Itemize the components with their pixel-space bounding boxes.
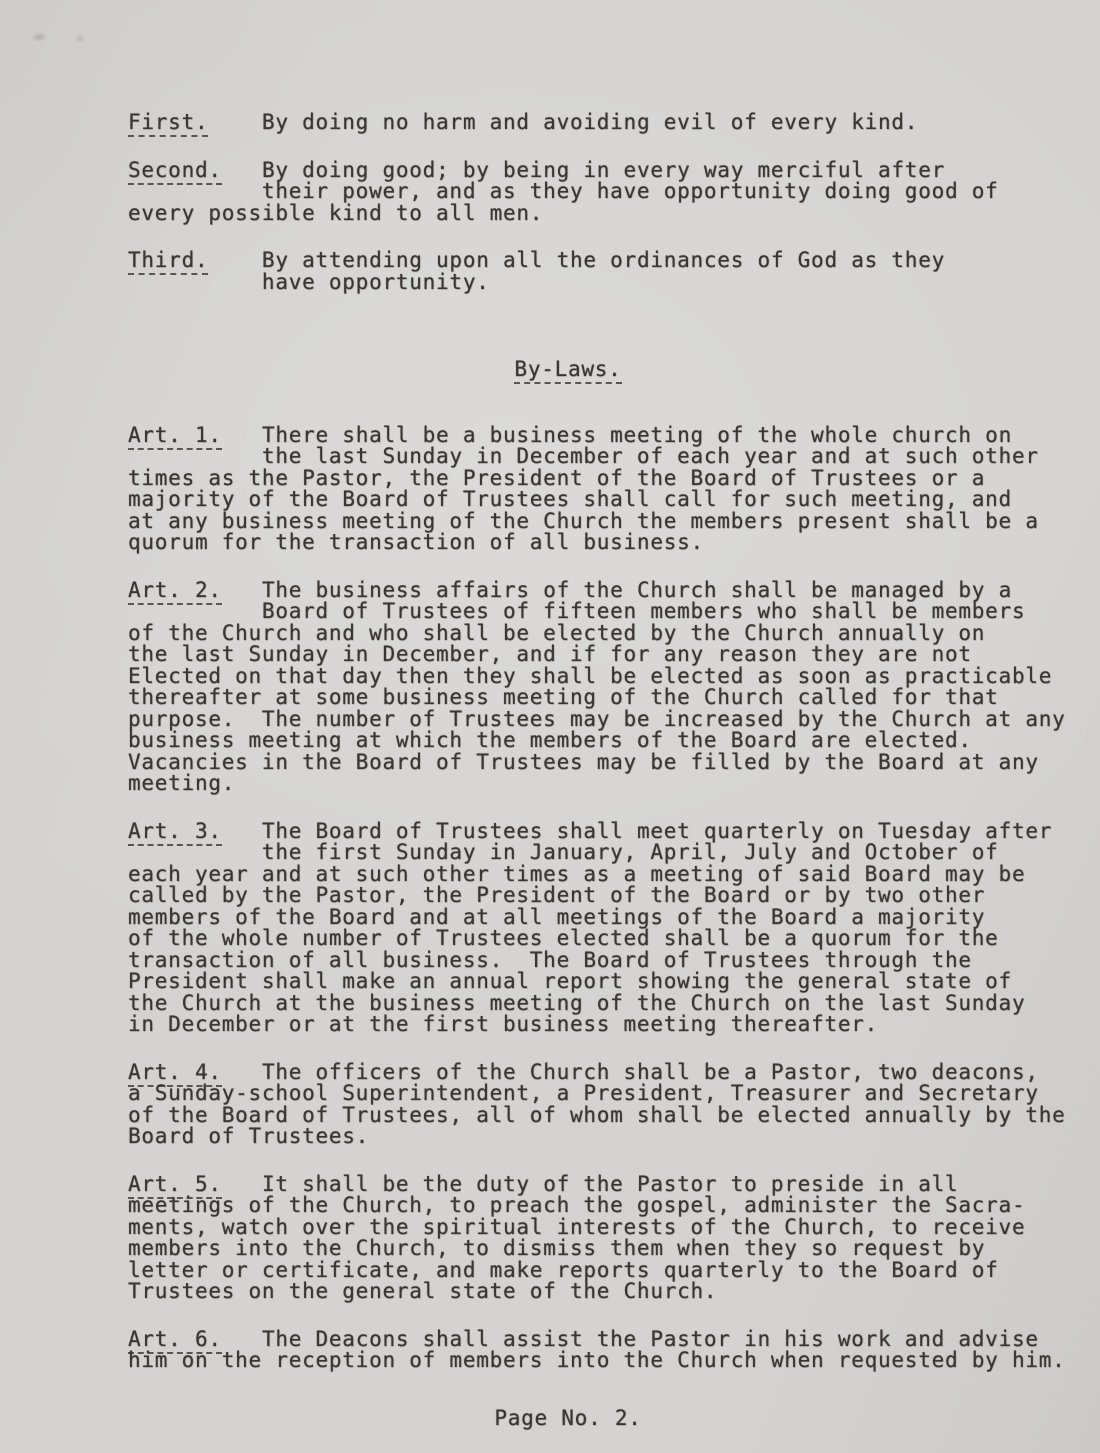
text-line: meetings of the Church, to preach the go…	[128, 1195, 1070, 1217]
text-line: called by the Pastor, the President of t…	[128, 885, 1070, 907]
text-line: have opportunity.	[128, 272, 1070, 294]
text-line: quorum for the transaction of all busine…	[128, 532, 1070, 554]
articles-list: Art. 1. There shall be a business meetin…	[128, 425, 1070, 1398]
text-line: members into the Church, to dismiss them…	[128, 1238, 1070, 1260]
text-line: meeting.	[128, 773, 1070, 795]
text-line: times as the Pastor, the President of th…	[128, 468, 1070, 490]
line-text: The officers of the Church shall be a Pa…	[222, 1060, 1039, 1084]
text-line: transaction of all business. The Board o…	[128, 950, 1070, 972]
text-line: each year and at such other times as a m…	[128, 864, 1070, 886]
text-line: Board of Trustees.	[128, 1126, 1070, 1148]
item-label: First.	[128, 110, 208, 137]
text-line: of the Church and who shall be elected b…	[128, 623, 1070, 645]
line-text: The Board of Trustees shall meet quarter…	[222, 819, 1052, 843]
line-text: By doing no harm and avoiding evil of ev…	[208, 110, 918, 134]
document-page: First. By doing no harm and avoiding evi…	[0, 0, 1100, 1453]
line-text: The business affairs of the Church shall…	[222, 578, 1012, 602]
line-text: The Deacons shall assist the Pastor in h…	[222, 1327, 1039, 1351]
article-item: Art. 1. There shall be a business meetin…	[128, 425, 1070, 554]
doctrine-item: Second. By doing good; by being in every…	[128, 160, 1070, 225]
line-text: It shall be the duty of the Pastor to pr…	[222, 1172, 959, 1196]
line-text: By attending upon all the ordinances of …	[208, 248, 945, 272]
text-line: every possible kind to all men.	[128, 203, 1070, 225]
text-line: at any business meeting of the Church th…	[128, 511, 1070, 533]
text-line: the Church at the business meeting of th…	[128, 993, 1070, 1015]
text-line: him on the reception of members into the…	[128, 1350, 1070, 1372]
text-line: in December or at the first business mee…	[128, 1014, 1070, 1036]
text-line: of the Board of Trustees, all of whom sh…	[128, 1105, 1070, 1127]
text-line: Art. 1. There shall be a business meetin…	[128, 425, 1070, 447]
text-line: of the whole number of Trustees elected …	[128, 928, 1070, 950]
text-line: Second. By doing good; by being in every…	[128, 160, 1070, 182]
bylaws-heading-text: By-Laws.	[514, 357, 621, 384]
text-line: Art. 4. The officers of the Church shall…	[128, 1062, 1070, 1084]
line-text: By doing good; by being in every way mer…	[222, 158, 945, 182]
paper-speck	[30, 32, 48, 42]
text-line: the first Sunday in January, April, July…	[128, 842, 1070, 864]
doctrine-list: First. By doing no harm and avoiding evi…	[128, 112, 1070, 319]
text-line: First. By doing no harm and avoiding evi…	[128, 112, 1070, 134]
text-line: President shall make an annual report sh…	[128, 971, 1070, 993]
doctrine-item: Third. By attending upon all the ordinan…	[128, 250, 1070, 293]
text-line: Art. 6. The Deacons shall assist the Pas…	[128, 1329, 1070, 1351]
article-item: Art. 5. It shall be the duty of the Past…	[128, 1174, 1070, 1303]
text-line: the last Sunday in December, and if for …	[128, 644, 1070, 666]
article-item: Art. 6. The Deacons shall assist the Pas…	[128, 1329, 1070, 1372]
text-line: members of the Board and at all meetings…	[128, 907, 1070, 929]
doctrine-item: First. By doing no harm and avoiding evi…	[128, 112, 1070, 134]
paper-speck	[74, 34, 86, 43]
bylaws-heading: By-Laws.	[128, 359, 1008, 381]
text-line: Elected on that day then they shall be e…	[128, 666, 1070, 688]
text-line: letter or certificate, and make reports …	[128, 1260, 1070, 1282]
text-line: Trustees on the general state of the Chu…	[128, 1281, 1070, 1303]
text-line: their power, and as they have opportunit…	[128, 181, 1070, 203]
text-line: business meeting at which the members of…	[128, 730, 1070, 752]
article-item: Art. 4. The officers of the Church shall…	[128, 1062, 1070, 1148]
text-line: Third. By attending upon all the ordinan…	[128, 250, 1070, 272]
article-item: Art. 3. The Board of Trustees shall meet…	[128, 821, 1070, 1036]
text-line: ments, watch over the spiritual interest…	[128, 1217, 1070, 1239]
text-line: majority of the Board of Trustees shall …	[128, 489, 1070, 511]
document-body: First. By doing no harm and avoiding evi…	[128, 112, 1070, 1429]
text-line: Board of Trustees of fifteen members who…	[128, 601, 1070, 623]
text-line: purpose. The number of Trustees may be i…	[128, 709, 1070, 731]
line-text: There shall be a business meeting of the…	[222, 423, 1012, 447]
text-line: a Sunday-school Superintendent, a Presid…	[128, 1083, 1070, 1105]
text-line: the last Sunday in December of each year…	[128, 446, 1070, 468]
page-number: Page No. 2.	[128, 1408, 1008, 1430]
text-line: Art. 3. The Board of Trustees shall meet…	[128, 821, 1070, 843]
text-line: Art. 2. The business affairs of the Chur…	[128, 580, 1070, 602]
article-item: Art. 2. The business affairs of the Chur…	[128, 580, 1070, 795]
text-line: Art. 5. It shall be the duty of the Past…	[128, 1174, 1070, 1196]
text-line: thereafter at some business meeting of t…	[128, 687, 1070, 709]
text-line: Vacancies in the Board of Trustees may b…	[128, 752, 1070, 774]
